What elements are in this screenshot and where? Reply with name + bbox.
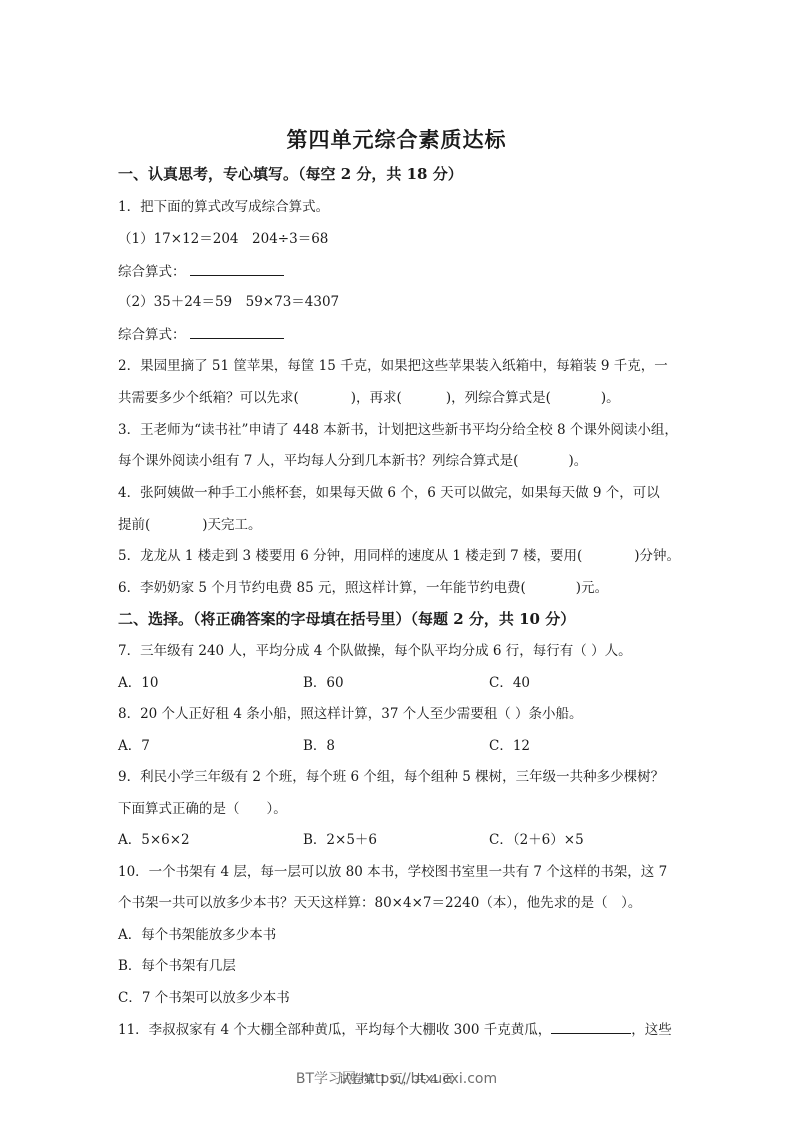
q10-option-a[interactable]: A．每个书架能放多少本书: [118, 925, 276, 945]
q1-answer-label-2: 综合算式：: [118, 327, 186, 343]
q4-line1: 4．张阿姨做一种手工小熊杯套，如果每天做 6 个，6 天可以做完，如果每天做 9…: [118, 483, 660, 503]
q1-answer-1: 综合算式：: [118, 261, 284, 282]
q5-text-2: )分钟。: [634, 548, 680, 564]
q10-line2: 个书架一共可以放多少本书？天天这样算：80×4×7＝2240（本），他先求的是（…: [118, 893, 641, 913]
q1-answer-label-1: 综合算式：: [118, 264, 186, 280]
q6-text-1: 6．李奶奶家 5 个月节约电费 85 元，照这样计算，一年能节约电费(: [118, 580, 526, 596]
q2-text-3: )，列综合算式是(: [446, 390, 551, 406]
q10-option-c[interactable]: C．7 个书架可以放多少本书: [118, 988, 290, 1008]
section-1-heading: 一、认真思考，专心填写。（每空 2 分，共 18 分）: [118, 164, 463, 184]
q1-stem: 1．把下面的算式改写成综合算式。: [118, 197, 329, 217]
q11-text-1: 11．李叔叔家有 4 个大棚全部种黄瓜，平均每个大棚收 300 千克黄瓜，: [118, 1022, 551, 1038]
q9-option-c[interactable]: C．（2＋6）×5: [489, 830, 584, 850]
q1-sub2: （2）35＋24＝59 59×73＝4307: [118, 292, 339, 312]
q2-text-1: 共需要多少个纸箱？可以先求(: [118, 390, 299, 406]
q3-line2: 每个课外阅读小组有 7 人，平均每人分到几本新书？列综合算式是()。: [118, 451, 587, 471]
q9-option-b[interactable]: B．2×5＋6: [303, 830, 377, 850]
q7-option-b[interactable]: B．60: [303, 673, 344, 693]
q7-option-c[interactable]: C．40: [489, 673, 530, 693]
q8-stem: 8．20 个人正好租 4 条小船，照这样计算，37 个人至少需要租（ ）条小船。: [118, 704, 583, 724]
q9-option-a[interactable]: A．5×6×2: [118, 830, 190, 850]
q8-option-a[interactable]: A．7: [118, 736, 150, 756]
q3-line1: 3．王老师为“读书社”申请了 448 本新书，计划把这些新书平均分给全校 8 个…: [118, 420, 678, 440]
watermark: BT学习网 https://btxuexi.com: [0, 1068, 793, 1088]
q1-answer-blank-1[interactable]: [190, 261, 284, 276]
exam-page: 第四单元综合素质达标 一、认真思考，专心填写。（每空 2 分，共 18 分） 1…: [0, 0, 793, 1122]
q2-text-2: )，再求(: [351, 390, 402, 406]
q5: 5．龙龙从 1 楼走到 3 楼要用 6 分钟，用同样的速度从 1 楼走到 7 楼…: [118, 546, 680, 566]
q1-answer-2: 综合算式：: [118, 324, 284, 345]
q8-option-c[interactable]: C．12: [489, 736, 530, 756]
q9-line1: 9．利民小学三年级有 2 个班，每个班 6 个组，每个组种 5 棵树，三年级一共…: [118, 767, 664, 787]
q7-stem: 7．三年级有 240 人，平均分成 4 个队做操，每个队平均分成 6 行，每行有…: [118, 641, 632, 661]
q3-text-2: )。: [568, 453, 587, 469]
page-title: 第四单元综合素质达标: [0, 124, 793, 154]
q11-text-2: ，这些: [631, 1022, 672, 1038]
q1-sub1: （1）17×12＝204 204÷3＝68: [118, 229, 328, 249]
q2-text-4: )。: [601, 390, 620, 406]
q8-option-b[interactable]: B．8: [303, 736, 335, 756]
q11-blank[interactable]: [551, 1019, 631, 1034]
q1-answer-blank-2[interactable]: [190, 324, 284, 339]
q5-text-1: 5．龙龙从 1 楼走到 3 楼要用 6 分钟，用同样的速度从 1 楼走到 7 楼…: [118, 548, 582, 564]
section-2-heading: 二、选择。（将正确答案的字母填在括号里）（每题 2 分，共 10 分）: [118, 609, 575, 629]
q7-option-a[interactable]: A．10: [118, 673, 158, 693]
q2-line1: 2．果园里摘了 51 筐苹果，每筐 15 千克，如果把这些苹果装入纸箱中，每箱装…: [118, 356, 668, 376]
q6-text-2: )元。: [576, 580, 608, 596]
q2-line2: 共需要多少个纸箱？可以先求()，再求()，列综合算式是()。: [118, 388, 620, 408]
q4-line2: 提前()天完工。: [118, 515, 262, 535]
q10-option-b[interactable]: B．每个书架有几层: [118, 956, 236, 976]
q11: 11．李叔叔家有 4 个大棚全部种黄瓜，平均每个大棚收 300 千克黄瓜，，这些: [118, 1019, 672, 1040]
q6: 6．李奶奶家 5 个月节约电费 85 元，照这样计算，一年能节约电费()元。: [118, 578, 608, 598]
q9-line2: 下面算式正确的是（ ）。: [118, 799, 287, 819]
q3-text-1: 每个课外阅读小组有 7 人，平均每人分到几本新书？列综合算式是(: [118, 453, 518, 469]
q4-text-2: )天完工。: [202, 517, 261, 533]
q4-text-1: 提前(: [118, 517, 150, 533]
q10-line1: 10．一个书架有 4 层，每一层可以放 80 本书，学校图书室里一共有 7 个这…: [118, 862, 667, 882]
